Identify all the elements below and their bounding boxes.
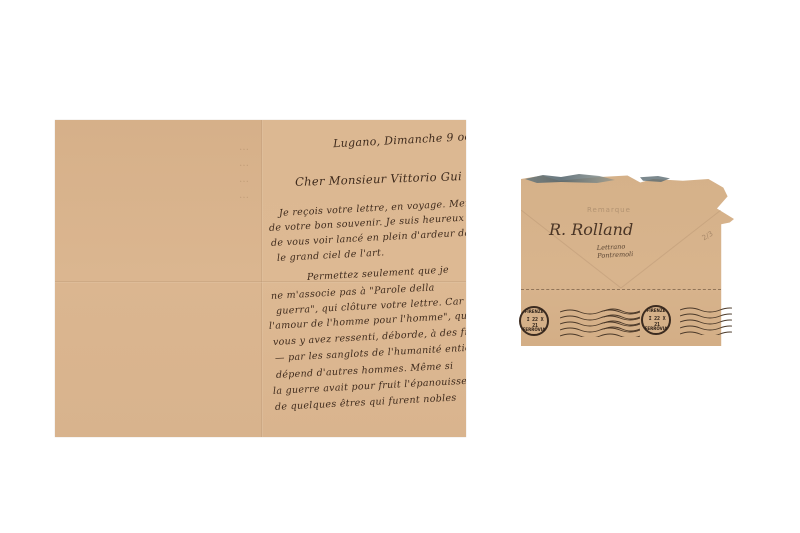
postmark-stamp: FIRENZE I 22 X 21 FERROVIA [641,305,671,335]
bleed-through-text: … … … … [69,140,249,204]
envelope-address: Lettrano Pontremoli [597,242,634,260]
cancellation-waves-icon [604,306,640,336]
photo-stage: … … … … Lugano, Dimanche 9 octobre 1921 … [0,0,800,533]
postmark-office: FERROVIA [643,326,669,331]
postmark-city: FIRENZE [643,308,669,313]
cancellation-waves-icon [680,305,732,335]
postmark-stamp: FIRENZE I 22 X 21 FERROVIA [519,306,549,336]
handwritten-letter: … … … … Lugano, Dimanche 9 octobre 1921 … [55,120,466,437]
postmark-office: FERROVIA [521,327,547,332]
envelope-flap-edge [521,289,721,291]
vertical-fold-line [261,120,263,437]
postmark-city: FIRENZE [521,309,547,314]
envelope-faint-text: Remarque [587,206,631,214]
envelope-recipient-name: R. Rolland [549,220,633,239]
horizontal-fold-line [55,281,466,283]
